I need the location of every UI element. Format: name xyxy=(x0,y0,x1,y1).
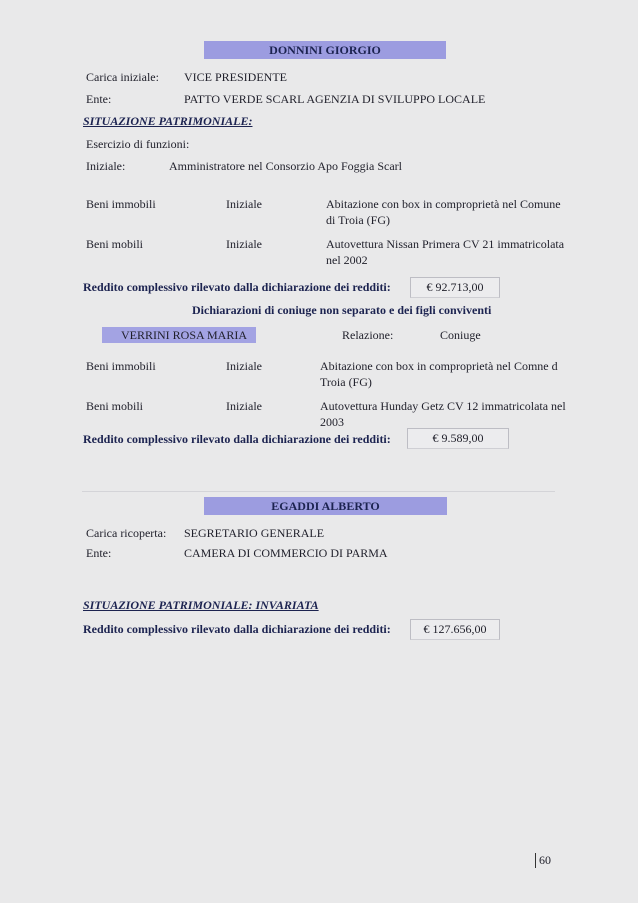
person-name-bar: EGADDI ALBERTO xyxy=(204,497,447,515)
spouse-asset-description: Autovettura Hunday Getz CV 12 immatricol… xyxy=(320,398,570,430)
role-value: VICE PRESIDENTE xyxy=(184,70,287,85)
section-divider xyxy=(82,491,555,492)
functions-initial-value: Amministratore nel Consorzio Apo Foggia … xyxy=(169,159,402,174)
patrimonial-heading: SITUAZIONE PATRIMONIALE: INVARIATA xyxy=(83,598,319,613)
functions-label: Esercizio di funzioni: xyxy=(86,137,189,152)
entity-label: Ente: xyxy=(86,92,111,107)
spouse-income-value-box: € 9.589,00 xyxy=(407,428,509,449)
entity-label: Ente: xyxy=(86,546,111,561)
spouse-asset-phase: Iniziale xyxy=(226,399,262,414)
spouse-asset-phase: Iniziale xyxy=(226,359,262,374)
entity-value: PATTO VERDE SCARL AGENZIA DI SVILUPPO LO… xyxy=(184,92,485,107)
income-label: Reddito complessivo rilevato dalla dichi… xyxy=(83,280,391,295)
spouse-asset-type: Beni mobili xyxy=(86,399,143,414)
income-value-box: € 92.713,00 xyxy=(410,277,500,298)
functions-initial-label: Iniziale: xyxy=(86,159,125,174)
asset-type: Beni mobili xyxy=(86,237,143,252)
spouse-name-bar: VERRINI ROSA MARIA xyxy=(102,327,256,343)
role-label: Carica iniziale: xyxy=(86,70,159,85)
relation-value: Coniuge xyxy=(440,328,481,343)
role-label: Carica ricoperta: xyxy=(86,526,166,541)
spouse-section-heading: Dichiarazioni di coniuge non separato e … xyxy=(192,303,491,318)
person-name-bar: DONNINI GIORGIO xyxy=(204,41,446,59)
asset-description: Autovettura Nissan Primera CV 21 immatri… xyxy=(326,236,566,268)
spouse-asset-type: Beni immobili xyxy=(86,359,156,374)
income-label: Reddito complessivo rilevato dalla dichi… xyxy=(83,622,391,637)
patrimonial-heading: SITUAZIONE PATRIMONIALE: xyxy=(83,114,252,129)
entity-value: CAMERA DI COMMERCIO DI PARMA xyxy=(184,546,388,561)
spouse-income-label: Reddito complessivo rilevato dalla dichi… xyxy=(83,432,391,447)
asset-description: Abitazione con box in comproprietà nel C… xyxy=(326,196,566,228)
asset-phase: Iniziale xyxy=(226,237,262,252)
asset-type: Beni immobili xyxy=(86,197,156,212)
asset-phase: Iniziale xyxy=(226,197,262,212)
role-value: SEGRETARIO GENERALE xyxy=(184,526,324,541)
relation-label: Relazione: xyxy=(342,328,393,343)
spouse-asset-description: Abitazione con box in comproprietà nel C… xyxy=(320,358,570,390)
page-number: 60 xyxy=(535,853,551,868)
income-value-box: € 127.656,00 xyxy=(410,619,500,640)
